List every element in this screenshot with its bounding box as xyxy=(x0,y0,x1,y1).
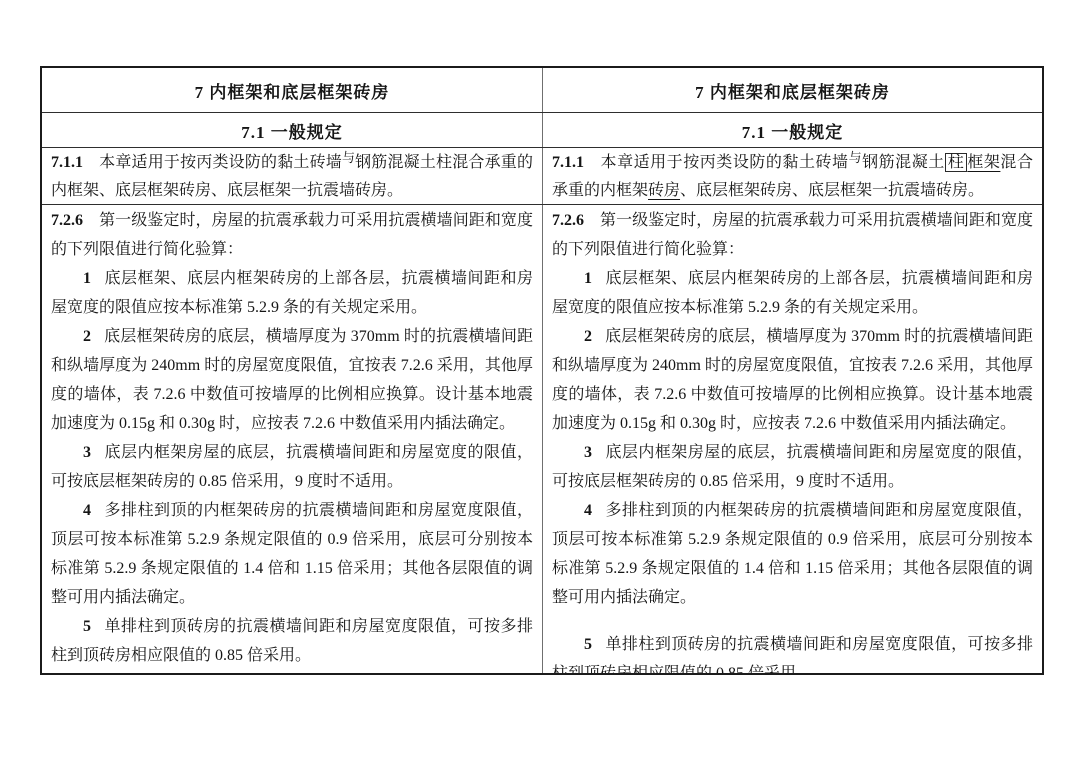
item-text: 底层内框架房屋的底层，抗震横墙间距和房屋宽度的限值，可按底层框架砖房的 0.85… xyxy=(552,444,1033,490)
inserted-text-mark: 框架 xyxy=(967,154,1000,171)
item-number: 3 xyxy=(83,444,91,461)
clause-item-4: 4多排柱到顶的内框架砖房的抗震横墙间距和房屋宽度限值，顶层可按本标准第 5.2.… xyxy=(51,496,533,612)
clause-text: 、底层框架砖房、底层框架一抗震墙砖房。 xyxy=(680,182,984,199)
item-text: 底层框架、底层内框架砖房的上部各层，抗震横墙间距和房屋宽度的限值应按本标准第 5… xyxy=(552,270,1033,316)
left-chapter-title-cell: 7 内框架和底层框架砖房 xyxy=(42,68,542,112)
right-section-title: 7.1 一般规定 xyxy=(742,118,844,143)
clause-number: 7.2.6 xyxy=(552,212,584,229)
left-clause-711-cell: 7.1.1本章适用于按丙类设防的黏土砖墙与钢筋混凝土柱混合承重的内框架、底层框架… xyxy=(42,148,542,204)
clause-text: 第一级鉴定时，房屋的抗震承载力可采用抗震横墙间距和宽度的下列限值进行简化验算： xyxy=(51,212,533,258)
left-chapter-title: 7 内框架和底层框架砖房 xyxy=(195,78,390,103)
clause-711-row: 7.1.1本章适用于按丙类设防的黏土砖墙与钢筋混凝土柱混合承重的内框架、底层框架… xyxy=(42,147,1042,204)
item-number: 2 xyxy=(584,328,592,345)
right-clause-726-cell: 7.2.6第一级鉴定时，房屋的抗震承载力可采用抗震横墙间距和宽度的下列限值进行简… xyxy=(542,205,1042,673)
right-clause-726-intro: 7.2.6第一级鉴定时，房屋的抗震承载力可采用抗震横墙间距和宽度的下列限值进行简… xyxy=(552,206,1033,264)
clause-726-row: 7.2.6第一级鉴定时，房屋的抗震承载力可采用抗震横墙间距和宽度的下列限值进行简… xyxy=(42,204,1042,673)
item-text: 底层框架砖房的底层，横墙厚度为 370mm 时的抗震横墙间距和纵墙厚度为 240… xyxy=(51,328,533,432)
item-number: 3 xyxy=(584,444,592,461)
clause-text: 第一级鉴定时，房屋的抗震承载力可采用抗震横墙间距和宽度的下列限值进行简化验算： xyxy=(552,212,1033,258)
item-text: 单排柱到顶砖房的抗震横墙间距和房屋宽度限值，可按多排柱到顶砖房相应限值的 0.8… xyxy=(552,636,1033,673)
document-page: 7 内框架和底层框架砖房 7 内框架和底层框架砖房 7.1 一般规定 7.1 一… xyxy=(0,0,1080,764)
conjunction-char: 与 xyxy=(342,150,355,165)
item-number: 5 xyxy=(584,636,592,653)
clause-number: 7.2.6 xyxy=(51,212,83,229)
chapter-title-row: 7 内框架和底层框架砖房 7 内框架和底层框架砖房 xyxy=(42,68,1042,112)
left-clause-726-cell: 7.2.6第一级鉴定时，房屋的抗震承载力可采用抗震横墙间距和宽度的下列限值进行简… xyxy=(42,205,542,673)
right-section-title-cell: 7.1 一般规定 xyxy=(542,113,1042,147)
clause-item-3: 3底层内框架房屋的底层，抗震横墙间距和房屋宽度的限值，可按底层框架砖房的 0.8… xyxy=(552,438,1033,496)
item-number: 4 xyxy=(83,502,91,519)
left-clause-726-intro: 7.2.6第一级鉴定时，房屋的抗震承载力可采用抗震横墙间距和宽度的下列限值进行简… xyxy=(51,206,533,264)
item-number: 5 xyxy=(83,618,91,635)
clause-text: 钢筋混凝土 xyxy=(862,154,945,171)
inserted-text-mark: 砖房 xyxy=(648,182,680,199)
clause-item-4: 4多排柱到顶的内框架砖房的抗震横墙间距和房屋宽度限值，顶层可按本标准第 5.2.… xyxy=(552,496,1033,612)
section-title-row: 7.1 一般规定 7.1 一般规定 xyxy=(42,112,1042,147)
right-chapter-title: 7 内框架和底层框架砖房 xyxy=(695,78,890,103)
clause-number: 7.1.1 xyxy=(552,154,584,171)
standard-comparison-table: 7 内框架和底层框架砖房 7 内框架和底层框架砖房 7.1 一般规定 7.1 一… xyxy=(40,66,1044,675)
item-number: 2 xyxy=(83,328,91,345)
left-section-title-cell: 7.1 一般规定 xyxy=(42,113,542,147)
deleted-char-mark: 柱 xyxy=(945,153,968,172)
left-section-title: 7.1 一般规定 xyxy=(241,118,343,143)
clause-item-2: 2底层框架砖房的底层，横墙厚度为 370mm 时的抗震横墙间距和纵墙厚度为 24… xyxy=(552,322,1033,438)
conjunction-char: 与 xyxy=(849,150,863,165)
item-text: 多排柱到顶的内框架砖房的抗震横墙间距和房屋宽度限值，顶层可按本标准第 5.2.9… xyxy=(552,502,1033,606)
clause-text: 本章适用于按丙类设防的黏土砖墙 xyxy=(600,154,849,171)
item-text: 底层框架砖房的底层，横墙厚度为 370mm 时的抗震横墙间距和纵墙厚度为 240… xyxy=(552,328,1033,432)
clause-item-2: 2底层框架砖房的底层，横墙厚度为 370mm 时的抗震横墙间距和纵墙厚度为 24… xyxy=(51,322,533,438)
clause-item-1: 1底层框架、底层内框架砖房的上部各层，抗震横墙间距和房屋宽度的限值应按本标准第 … xyxy=(552,264,1033,322)
clause-item-5: 5单排柱到顶砖房的抗震横墙间距和房屋宽度限值，可按多排柱到顶砖房相应限值的 0.… xyxy=(51,612,533,670)
right-clause-711-cell: 7.1.1本章适用于按丙类设防的黏土砖墙与钢筋混凝土柱框架混合承重的内框架砖房、… xyxy=(542,148,1042,204)
item-number: 1 xyxy=(83,270,91,287)
item-number: 4 xyxy=(584,502,592,519)
item-text: 多排柱到顶的内框架砖房的抗震横墙间距和房屋宽度限值，顶层可按本标准第 5.2.9… xyxy=(51,502,533,606)
item-number: 1 xyxy=(584,270,592,287)
item-text: 底层内框架房屋的底层，抗震横墙间距和房屋宽度的限值，可按底层框架砖房的 0.85… xyxy=(51,444,533,490)
left-clause-711: 7.1.1本章适用于按丙类设防的黏土砖墙与钢筋混凝土柱混合承重的内框架、底层框架… xyxy=(51,149,533,204)
right-clause-711: 7.1.1本章适用于按丙类设防的黏土砖墙与钢筋混凝土柱框架混合承重的内框架砖房、… xyxy=(552,149,1033,204)
item-text: 底层框架、底层内框架砖房的上部各层，抗震横墙间距和房屋宽度的限值应按本标准第 5… xyxy=(51,270,533,316)
clause-text: 本章适用于按丙类设防的黏土砖墙 xyxy=(99,154,342,171)
clause-number: 7.1.1 xyxy=(51,154,83,171)
clause-item-1: 1底层框架、底层内框架砖房的上部各层，抗震横墙间距和房屋宽度的限值应按本标准第 … xyxy=(51,264,533,322)
clause-item-5: 5单排柱到顶砖房的抗震横墙间距和房屋宽度限值，可按多排柱到顶砖房相应限值的 0.… xyxy=(552,630,1033,673)
clause-item-3: 3底层内框架房屋的底层，抗震横墙间距和房屋宽度的限值，可按底层框架砖房的 0.8… xyxy=(51,438,533,496)
item-text: 单排柱到顶砖房的抗震横墙间距和房屋宽度限值，可按多排柱到顶砖房相应限值的 0.8… xyxy=(51,618,533,664)
right-chapter-title-cell: 7 内框架和底层框架砖房 xyxy=(542,68,1042,112)
